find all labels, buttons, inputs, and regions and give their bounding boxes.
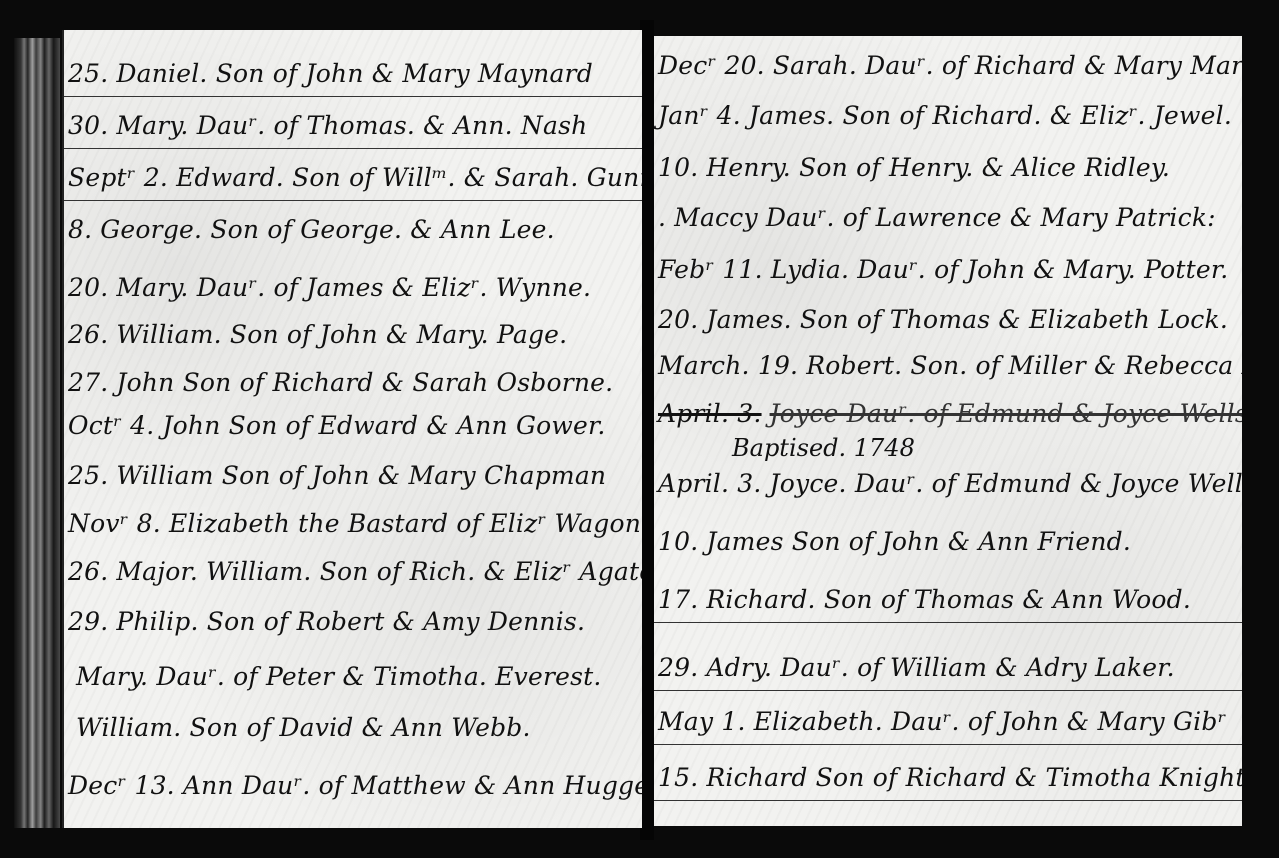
entry-date: 20. <box>68 273 108 302</box>
entry-text: Mary. Dauʳ. of James & Elizʳ. Wynne. <box>116 273 591 302</box>
entry-date: 26. <box>68 557 108 586</box>
entry-date: May 1. <box>658 707 746 736</box>
entry-text: Elizabeth. Dauʳ. of John & Mary Gibʳ <box>754 707 1227 736</box>
entry-date: Septʳ 2. <box>68 163 168 192</box>
register-entry: 26.William. Son of John & Mary. Page. <box>64 313 642 357</box>
register-entry: 10.Henry. Son of Henry. & Alice Ridley. <box>654 146 1242 190</box>
entry-date: April. 3. <box>658 399 762 428</box>
entry-text: William Son of John & Mary Chapman <box>116 461 606 490</box>
right-page: Decʳ 20.Sarah. Dauʳ. of Richard & Mary M… <box>654 36 1242 826</box>
book-spine-edge <box>14 38 60 828</box>
entry-text: Joyce. Dauʳ. of Edmund & Joyce Wells. <box>770 469 1242 498</box>
entry-text: Elizabeth the Bastard of Elizʳ Wagon. <box>169 509 642 538</box>
entry-text: Edward. Son of Willᵐ. & Sarah. Gunner <box>176 163 642 192</box>
entry-date: 10. <box>658 153 698 182</box>
entry-date: 8. <box>68 215 92 244</box>
entry-text: Richard. Son of Thomas & Ann Wood. <box>706 585 1191 614</box>
entry-date: Novʳ 8. <box>68 509 161 538</box>
register-entry: Octʳ 4.John Son of Edward & Ann Gower. <box>64 404 642 448</box>
register-entry: May 1.Elizabeth. Dauʳ. of John & Mary Gi… <box>654 700 1242 745</box>
entry-text: James. Son of Richard. & Elizʳ. Jewel. <box>749 101 1232 130</box>
entry-date: 17. <box>658 585 698 614</box>
register-entry: 10.James Son of John & Ann Friend. <box>654 520 1242 564</box>
struck-through-entry: April. 3.Joyce Dauʳ. of Edmund & Joyce W… <box>654 392 1242 436</box>
left-page: 25.Daniel. Son of John & Mary Maynard 30… <box>62 30 642 828</box>
entry-text: Richard Son of Richard & Timotha Knight <box>706 763 1242 792</box>
entry-text: Daniel. Son of John & Mary Maynard <box>116 59 593 88</box>
entry-date: 29. <box>68 607 108 636</box>
entry-date: Octʳ 4. <box>68 411 154 440</box>
register-entry: Febʳ 11.Lydia. Dauʳ. of John & Mary. Pot… <box>654 248 1242 292</box>
register-entry: April. 3.Joyce. Dauʳ. of Edmund & Joyce … <box>654 462 1242 506</box>
register-entry: 26.Major. William. Son of Rich. & Elizʳ … <box>64 550 642 594</box>
register-entry: 27.John Son of Richard & Sarah Osborne. <box>64 361 642 405</box>
register-entry: 30.Mary. Dauʳ. of Thomas. & Ann. Nash <box>64 104 642 149</box>
entry-date: 26. <box>68 320 108 349</box>
entry-date: April. 3. <box>658 469 762 498</box>
register-entry: 25.Daniel. Son of John & Mary Maynard <box>64 52 642 97</box>
entry-text: George. Son of George. & Ann Lee. <box>100 215 555 244</box>
register-entry: Mary. Dauʳ. of Peter & Timotha. Everest. <box>64 655 642 699</box>
entry-date: 30. <box>68 111 108 140</box>
entry-text: Henry. Son of Henry. & Alice Ridley. <box>706 153 1170 182</box>
entry-date: 25. <box>68 461 108 490</box>
register-entry: Septʳ 2.Edward. Son of Willᵐ. & Sarah. G… <box>64 156 642 201</box>
register-entry: Novʳ 8.Elizabeth the Bastard of Elizʳ Wa… <box>64 502 642 546</box>
entry-text: Philip. Son of Robert & Amy Dennis. <box>116 607 585 636</box>
entry-text: John Son of Edward & Ann Gower. <box>162 411 605 440</box>
entry-date: 15. <box>658 763 698 792</box>
entry-text: James. Son of Thomas & Elizabeth Lock. <box>706 305 1228 334</box>
entry-date: Febʳ 11. <box>658 255 763 284</box>
entry-text: Mary. Dauʳ. of Thomas. & Ann. Nash <box>116 111 587 140</box>
entry-date: 20. <box>658 305 698 334</box>
entry-text: Ann Dauʳ. of Matthew & Ann Huggett <box>183 771 642 800</box>
entry-date: 27. <box>68 368 108 397</box>
entry-date: 10. <box>658 527 698 556</box>
register-entry: Decʳ 13.Ann Dauʳ. of Matthew & Ann Hugge… <box>64 764 642 808</box>
entry-text: John Son of Richard & Sarah Osborne. <box>116 368 613 397</box>
entry-text: Sarah. Dauʳ. of Richard & Mary Martin. <box>773 51 1242 80</box>
entry-text: Joyce Dauʳ. of Edmund & Joyce Wells <box>770 399 1242 428</box>
entry-date: March. 19. <box>658 351 798 380</box>
section-heading: Baptised. 1748 <box>732 434 915 462</box>
register-entry: Decʳ 20.Sarah. Dauʳ. of Richard & Mary M… <box>654 44 1242 88</box>
entry-date: Janʳ 4. <box>658 101 741 130</box>
register-entry: .Maccy Dauʳ. of Lawrence & Mary Patrick: <box>654 196 1242 240</box>
entry-text: James Son of John & Ann Friend. <box>706 527 1131 556</box>
register-entry: 25.William Son of John & Mary Chapman <box>64 454 642 498</box>
page-gutter <box>640 20 654 840</box>
entry-date: . <box>658 203 666 232</box>
entry-text: Robert. Son. of Miller & Rebecca Linfiel… <box>806 351 1242 380</box>
entry-date: Decʳ 20. <box>658 51 765 80</box>
register-entry: Janʳ 4.James. Son of Richard. & Elizʳ. J… <box>654 94 1242 138</box>
register-entry: 20.James. Son of Thomas & Elizabeth Lock… <box>654 298 1242 342</box>
register-entry: 15.Richard Son of Richard & Timotha Knig… <box>654 756 1242 801</box>
register-entry: March. 19.Robert. Son. of Miller & Rebec… <box>654 344 1242 388</box>
entry-text: Mary. Dauʳ. of Peter & Timotha. Everest. <box>76 662 602 691</box>
entry-date: Decʳ 13. <box>68 771 175 800</box>
register-entry: 17.Richard. Son of Thomas & Ann Wood. <box>654 578 1242 623</box>
entry-text: Maccy Dauʳ. of Lawrence & Mary Patrick: <box>674 203 1216 232</box>
entry-date: 29. <box>658 653 698 682</box>
register-entry: William. Son of David & Ann Webb. <box>64 706 642 750</box>
entry-text: Lydia. Dauʳ. of John & Mary. Potter. <box>771 255 1229 284</box>
entry-date: 25. <box>68 59 108 88</box>
entry-text: Adry. Dauʳ. of William & Adry Laker. <box>706 653 1174 682</box>
register-entry: 8.George. Son of George. & Ann Lee. <box>64 208 642 252</box>
entry-text: William. Son of John & Mary. Page. <box>116 320 567 349</box>
register-entry: 29.Philip. Son of Robert & Amy Dennis. <box>64 600 642 644</box>
register-entry: 29.Adry. Dauʳ. of William & Adry Laker. <box>654 646 1242 691</box>
entry-text: Major. William. Son of Rich. & Elizʳ Aga… <box>116 557 642 586</box>
entry-text: William. Son of David & Ann Webb. <box>76 713 531 742</box>
register-entry: 20.Mary. Dauʳ. of James & Elizʳ. Wynne. <box>64 266 642 310</box>
